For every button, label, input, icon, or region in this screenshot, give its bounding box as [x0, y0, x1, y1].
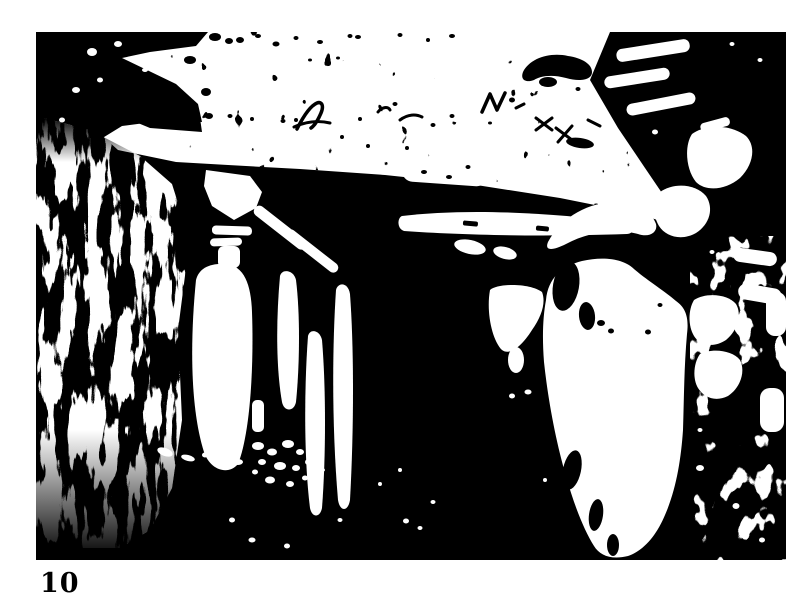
- left-rock-wall: [36, 116, 188, 560]
- right-rock-wall: [690, 236, 787, 560]
- figure-number: 10: [40, 570, 80, 597]
- passage-tomb-photo: [0, 0, 800, 616]
- book-page: 10: [0, 0, 800, 616]
